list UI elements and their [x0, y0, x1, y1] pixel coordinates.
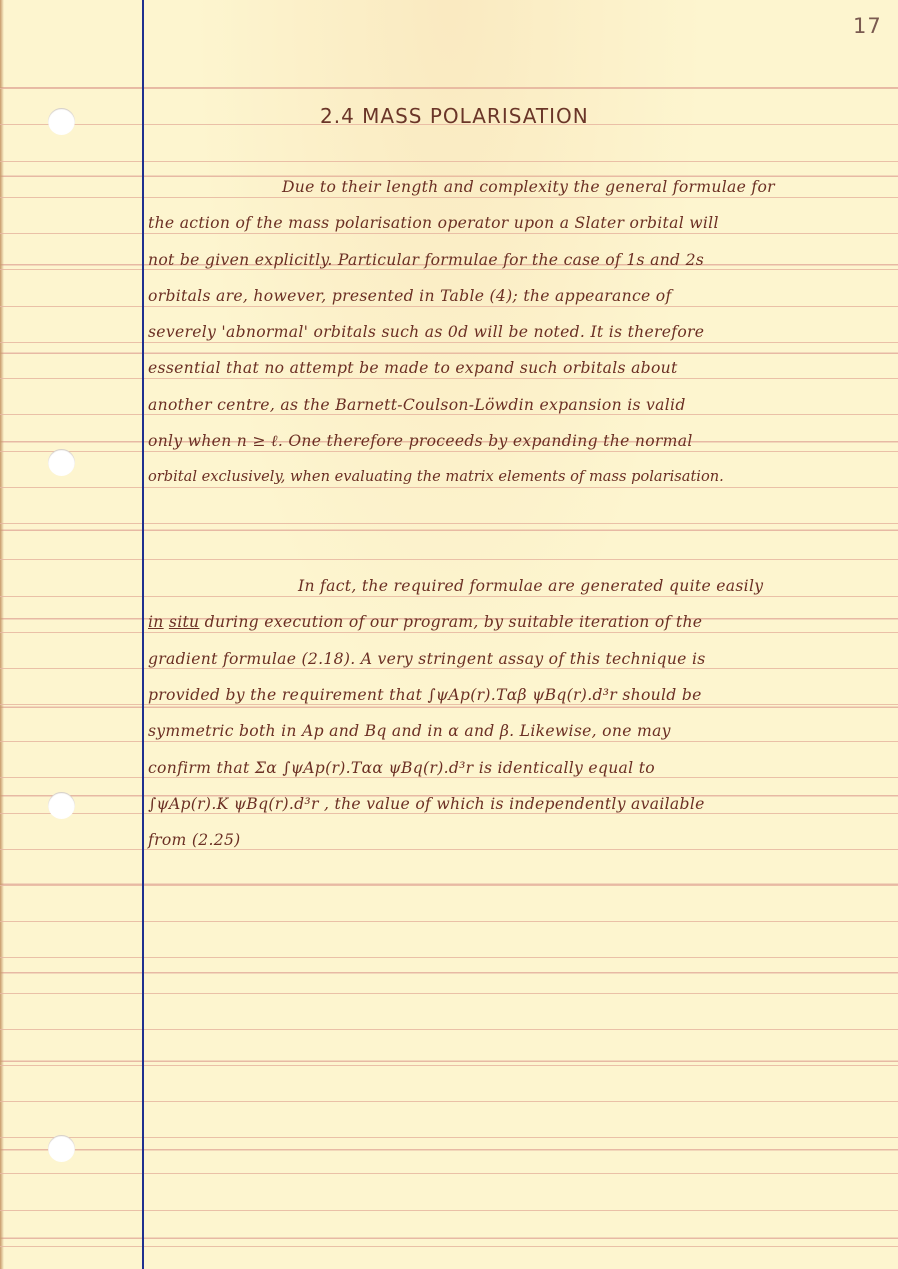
text-span: confirm that [148, 759, 250, 777]
ruled-line [0, 1246, 898, 1247]
ruled-line [0, 849, 898, 850]
ruled-line [0, 559, 898, 560]
text-line: another centre, as the Barnett-Coulson-L… [148, 396, 686, 414]
ruled-line [0, 1137, 898, 1138]
text-span: , the value of which is independently av… [324, 795, 705, 813]
text-span: is identically equal to [479, 759, 655, 777]
formula-symmetric-integral: ∫ψAp(r).Tαβ ψBq(r).d³r [427, 686, 617, 704]
ruled-line [0, 777, 898, 778]
formula-kinetic-integral: ∫ψAp(r).K ψBq(r).d³r [148, 795, 319, 813]
paper-edge [0, 0, 4, 1269]
text-line: orbitals are, however, presented in Tabl… [148, 287, 672, 305]
ruled-line [0, 161, 898, 162]
ruled-line [0, 1065, 898, 1066]
ruled-line [0, 1210, 898, 1211]
ruled-line [0, 1101, 898, 1102]
text-line: orbital exclusively, when evaluating the… [148, 468, 724, 485]
punch-hole [48, 1135, 75, 1162]
text-line: severely 'abnormal' orbitals such as 0d … [148, 323, 704, 341]
underlined-word-situ: situ [169, 613, 200, 631]
ruled-line [0, 414, 898, 415]
text-line: Due to their length and complexity the g… [282, 178, 775, 196]
ruled-line [0, 88, 898, 89]
text-line: gradient formulae (2.18). A very stringe… [148, 650, 706, 668]
text-line: from (2.25) [148, 831, 241, 849]
ruled-line [0, 993, 898, 994]
text-span: should be [622, 686, 701, 704]
text-line: confirm that Σα ∫ψAp(r).Tαα ψBq(r).d³r i… [148, 759, 655, 777]
ruled-line [0, 813, 898, 814]
ruled-line [0, 957, 898, 958]
text-span: during execution of our program, by suit… [205, 613, 703, 631]
ruled-line [0, 668, 898, 669]
text-line: in situ during execution of our program,… [148, 613, 702, 631]
underlined-word-in: in [148, 613, 164, 631]
text-line: the action of the mass polarisation oper… [148, 214, 719, 232]
text-span: provided by the requirement that [148, 686, 422, 704]
text-line: In fact, the required formulae are gener… [298, 577, 763, 595]
ruled-line [0, 1173, 898, 1174]
ruled-line [0, 704, 898, 705]
page-number: 17 [853, 14, 882, 38]
ruled-line [0, 233, 898, 234]
text-line: not be given explicitly. Particular form… [148, 251, 704, 269]
punch-hole [48, 792, 75, 819]
ruled-line [0, 921, 898, 922]
section-heading: 2.4 MASS POLARISATION [320, 104, 589, 128]
text-line: ∫ψAp(r).K ψBq(r).d³r , the value of whic… [148, 795, 705, 813]
ruled-line [0, 632, 898, 633]
margin-line [142, 0, 144, 1269]
text-line: only when n ≥ ℓ. One therefore proceeds … [148, 432, 693, 451]
ruled-line [0, 378, 898, 379]
ruled-line [0, 1029, 898, 1030]
ruled-line [0, 451, 898, 452]
ruled-line [0, 197, 898, 198]
punch-hole [48, 108, 75, 135]
ruled-line [0, 342, 898, 343]
ruled-line [0, 741, 898, 742]
text-line: symmetric both in Ap and Bq and in α and… [148, 722, 671, 740]
ruled-line [0, 885, 898, 886]
formula-sum-integral: Σα ∫ψAp(r).Tαα ψBq(r).d³r [255, 759, 474, 777]
ruled-line [0, 487, 898, 488]
punch-hole [48, 449, 75, 476]
ruled-line [0, 523, 898, 524]
text-line: provided by the requirement that ∫ψAp(r)… [148, 686, 702, 704]
ruled-line [0, 269, 898, 270]
text-line: essential that no attempt be made to exp… [148, 359, 678, 377]
ruled-line [0, 596, 898, 597]
ruled-line [0, 306, 898, 307]
